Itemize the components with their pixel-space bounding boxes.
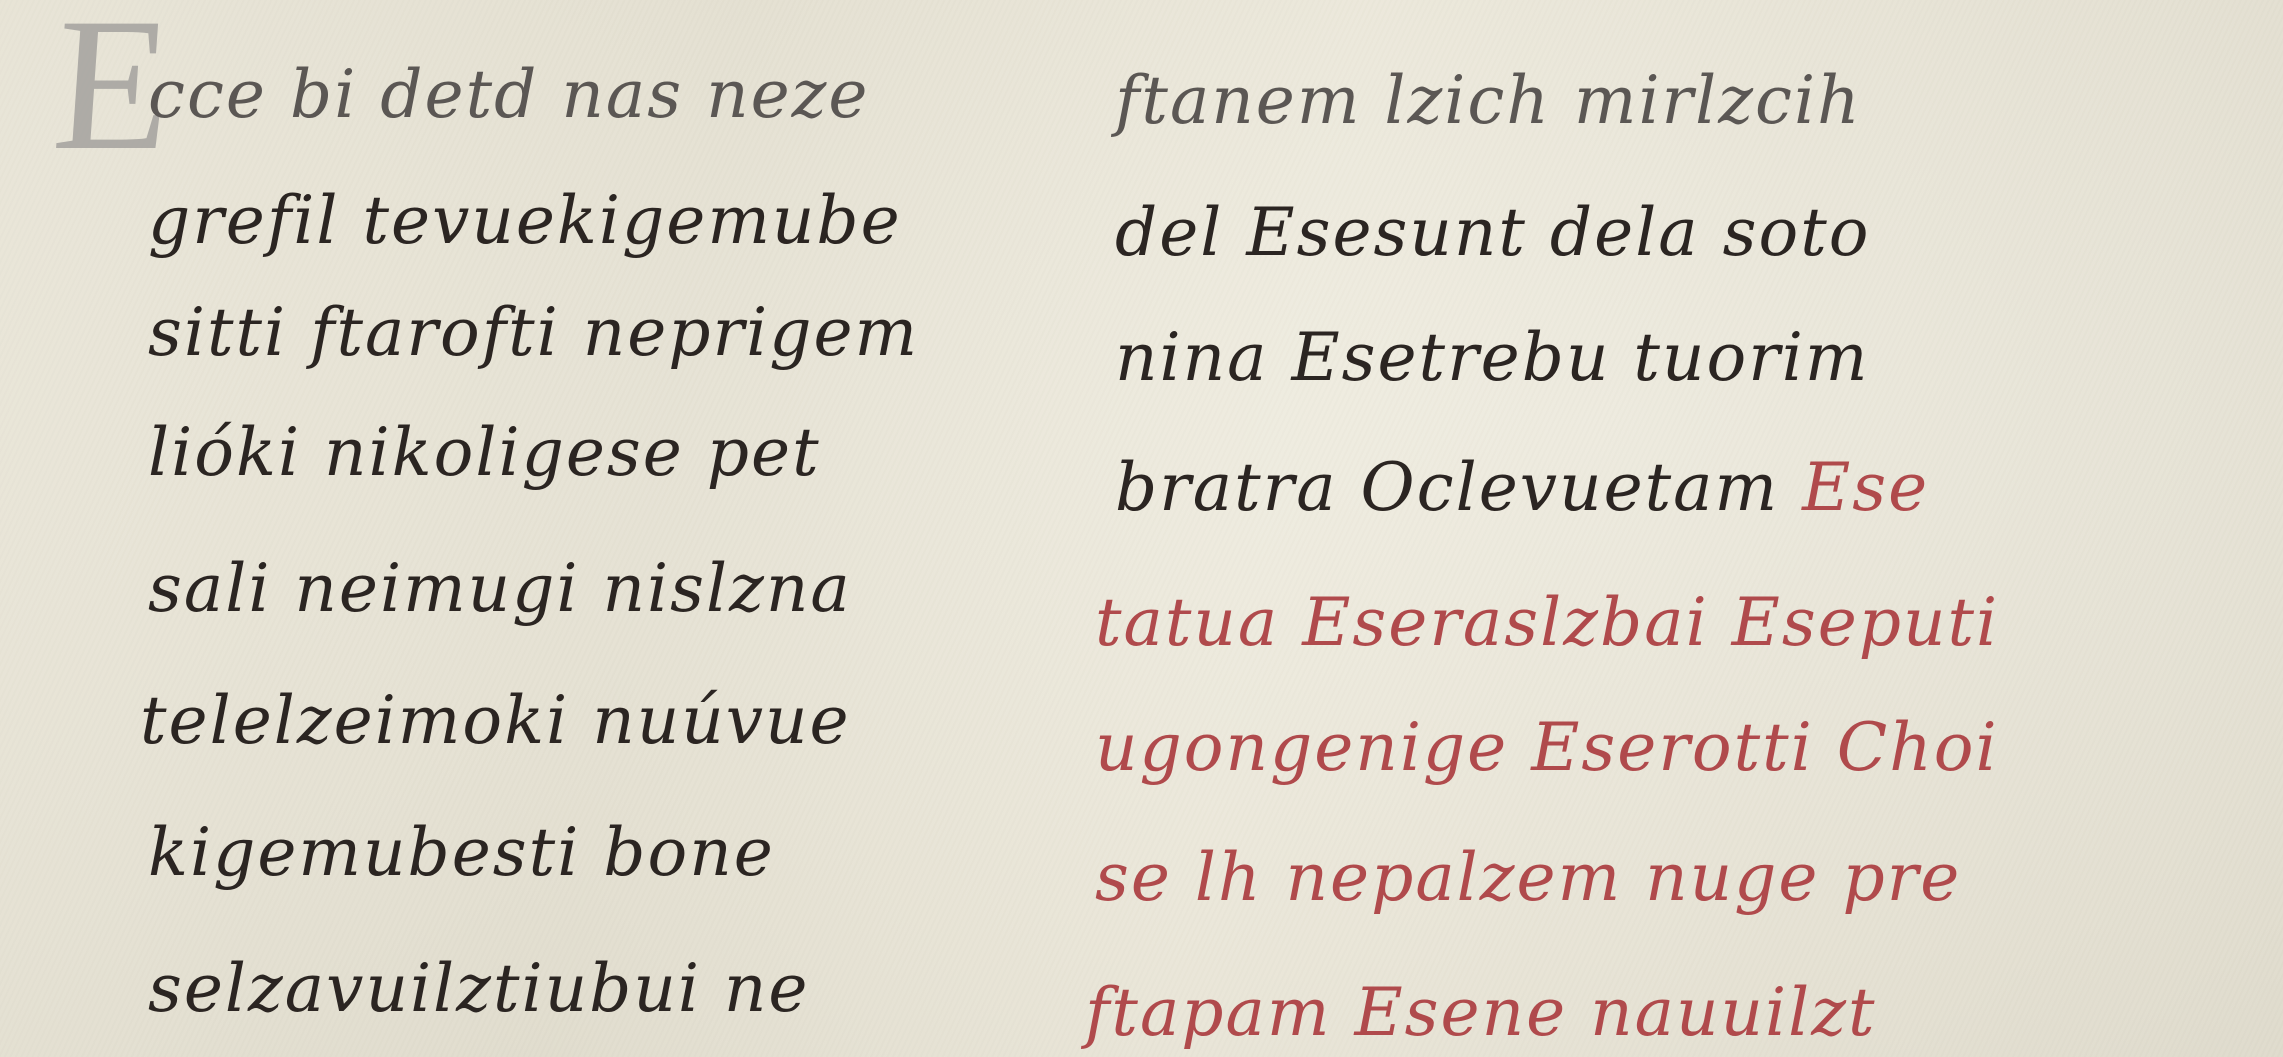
text-line: del Esesunt dela soto [1115, 200, 1871, 266]
text-line: telelzeimoki nuúvue [140, 688, 851, 754]
text-line: kigemubesti bone [148, 820, 775, 886]
black-ink-segment: bratra Oclevuetam [1115, 449, 1802, 526]
text-line: grefil tevuekigemube [148, 188, 902, 254]
text-line: nina Esetrebu tuorim [1115, 325, 1869, 391]
text-line: sitti ftarofti neprigem [148, 300, 919, 366]
rubric-line: se lh nepalzem nuge pre [1095, 845, 1961, 911]
text-line: sali neimugi nislzna [148, 556, 852, 622]
text-line: ftanem lzich mirlzcih [1115, 68, 1862, 134]
text-line-mixed: bratra Oclevuetam Ese [1115, 455, 1929, 521]
rubric-segment: Ese [1802, 449, 1929, 526]
text-line: selzavuilztiubui ne [148, 956, 810, 1022]
rubric-line: ftapam Esene nauuilzt [1085, 980, 1877, 1046]
text-line: lióki nikoligese pet [148, 420, 821, 486]
manuscript-page: E cce bi detd nas neze grefil tevuekigem… [0, 0, 2283, 1057]
text-line: cce bi detd nas neze [148, 62, 869, 128]
rubric-line: tatua Eseraslzbai Eseputi [1095, 590, 1999, 656]
rubric-line: ugongenige Eserotti Choi [1095, 715, 1999, 781]
